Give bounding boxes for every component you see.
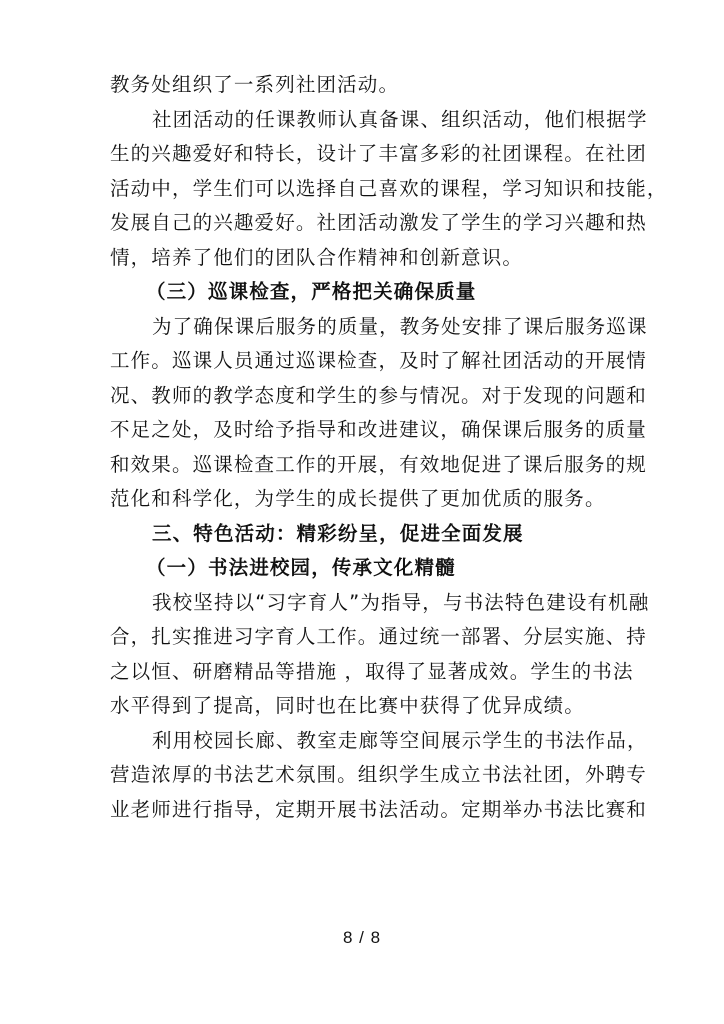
text-line: 活动中，学生们可以选择自己喜欢的课程，学习知识和技能，	[110, 172, 616, 207]
text-line: 况、教师的教学态度和学生的参与情况。对于发现的问题和	[110, 379, 616, 414]
text-line: 发展自己的兴趣爱好。社团活动激发了学生的学习兴趣和热	[110, 206, 616, 241]
section-heading-inspection: （三）巡课检查，严格把关确保质量	[110, 275, 616, 310]
paragraph-start: 社团活动的任课教师认真备课、组织活动，他们根据学	[110, 103, 616, 138]
document-body: 教务处组织了一系列社团活动。 社团活动的任课教师认真备课、组织活动，他们根据学 …	[110, 68, 616, 827]
text-line: 不足之处，及时给予指导和改进建议，确保课后服务的质量	[110, 413, 616, 448]
page-number: 8 / 8	[0, 928, 724, 948]
section-heading-calligraphy: （一）书法进校园，传承文化精髓	[110, 551, 616, 586]
text-line: 之以恒、研磨精品等措施 ，取得了显著成效。学生的书法	[110, 655, 616, 690]
text-line: 生的兴趣爱好和特长，设计了丰富多彩的社团课程。在社团	[110, 137, 616, 172]
paragraph-start: 我校坚持以“习字育人”为指导，与书法特色建设有机融	[110, 586, 616, 621]
text-line: 营造浓厚的书法艺术氛围。组织学生成立书法社团，外聘专	[110, 758, 616, 793]
text-line: 教务处组织了一系列社团活动。	[110, 68, 616, 103]
text-line: 工作。巡课人员通过巡课检查，及时了解社团活动的开展情	[110, 344, 616, 379]
section-heading-featured-activities: 三、特色活动：精彩纷呈，促进全面发展	[110, 517, 616, 552]
text-line: 情，培养了他们的团队合作精神和创新意识。	[110, 241, 616, 276]
document-page: 教务处组织了一系列社团活动。 社团活动的任课教师认真备课、组织活动，他们根据学 …	[0, 0, 724, 1024]
text-line: 合，扎实推进习字育人工作。通过统一部署、分层实施、持	[110, 620, 616, 655]
text-line: 范化和科学化，为学生的成长提供了更加优质的服务。	[110, 482, 616, 517]
paragraph-start: 利用校园长廊、教室走廊等空间展示学生的书法作品，	[110, 724, 616, 759]
text-line: 业老师进行指导，定期开展书法活动。定期举办书法比赛和	[110, 793, 616, 828]
text-line: 水平得到了提高，同时也在比赛中获得了优异成绩。	[110, 689, 616, 724]
paragraph-start: 为了确保课后服务的质量，教务处安排了课后服务巡课	[110, 310, 616, 345]
text-line: 和效果。巡课检查工作的开展，有效地促进了课后服务的规	[110, 448, 616, 483]
